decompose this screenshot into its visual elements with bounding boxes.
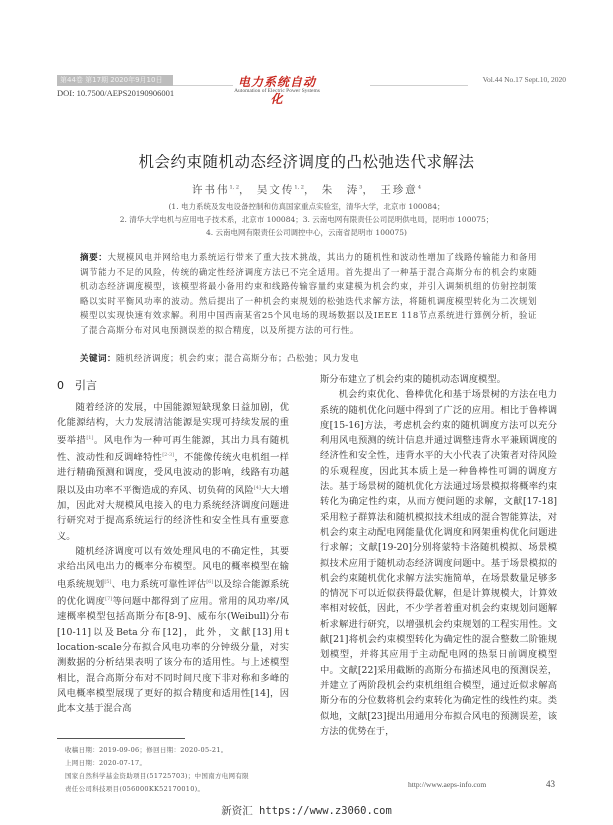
author-name: 朱 涛	[322, 184, 360, 196]
author: 王珍意4	[380, 184, 421, 196]
watermark: 新资汇 https://www.z3060.com	[0, 803, 613, 818]
author-name: 许书伟	[192, 184, 230, 196]
author-name: 吴文传	[257, 184, 295, 196]
left-column: 随着经济的发展，中国能源短缺现象日益加剧，优化能源结构，大力发展清洁能源是实现可…	[57, 400, 289, 716]
journal-url[interactable]: http://www.aeps-info.com	[408, 780, 486, 789]
journal-name-en: Automation of Electric Power Systems	[222, 88, 332, 94]
abstract: 摘要：大规模风电并网给电力系统运行带来了重大技术挑战，其出力的随机性和波动性增加…	[80, 251, 537, 338]
right-column: 斯分布建立了机会约束的随机动态调度模型。 机会约束优化、鲁棒优化和基于场景树的方…	[320, 372, 557, 739]
paragraph-text: 等问题中都得到了应用。常用的风功率/风速概率模型包括高斯分布[8-9]、威布尔(…	[57, 596, 289, 714]
abstract-text: 大规模风电并网给电力系统运行带来了重大技术挑战，其出力的随机性和波动性增加了线路…	[80, 253, 537, 336]
author: 许书伟1, 2	[192, 184, 239, 196]
author-affil-sup: 1, 2	[294, 185, 304, 191]
affiliation-line: 4. 云南电网有限责任公司调控中心，云南省昆明市 100075)	[0, 227, 613, 238]
author: 吴文传1, 2	[257, 184, 304, 196]
citation: [4]	[254, 485, 261, 491]
issue-band: 第44卷 第17期 2020年9月10日	[57, 75, 173, 86]
page-number: 43	[546, 779, 555, 789]
affiliation-line: (1. 电力系统及发电设备控制和仿真国家重点实验室，清华大学，北京市 10008…	[0, 201, 613, 212]
affiliation-line: 2. 清华大学电机与应用电子技术系，北京市 100084；3. 云南电网有限责任…	[0, 214, 613, 225]
author-affil-sup: 3	[359, 185, 362, 191]
volume-info: Vol.44 No.17 Sept.10, 2020	[483, 75, 566, 84]
author-affil-sup: 4	[418, 185, 421, 191]
footnote-funding: 责任公司科技项目(056000KK52170010)。	[65, 784, 204, 793]
section-heading: 0 引言	[57, 377, 97, 393]
footnote-divider	[57, 738, 185, 739]
paragraph-text: 、电力系统可靠性评估	[111, 579, 206, 590]
author: 朱 涛3	[322, 184, 363, 196]
header-divider	[370, 85, 468, 86]
keywords-text: 随机经济调度；机会约束；混合高斯分布；凸松弛；风力发电	[116, 354, 359, 364]
header-divider	[173, 85, 233, 86]
keywords: 关键词：随机经济调度；机会约束；混合高斯分布；凸松弛；风力发电	[80, 352, 537, 364]
paragraph: 斯分布建立了机会约束的随机动态调度模型。	[320, 372, 557, 387]
paragraph: 随机经济调度可以有效处理风电的不确定性，其要求给出风电出力的概率分布模型。风电的…	[57, 544, 289, 716]
paragraph: 随着经济的发展，中国能源短缺现象日益加剧，优化能源结构，大力发展清洁能源是实现可…	[57, 400, 289, 544]
paragraph: 机会约束优化、鲁棒优化和基于场景树的方法在电力系统的随机优化问题中得到了广泛的应…	[320, 387, 557, 739]
author-list: 许书伟1, 2， 吴文传1, 2， 朱 涛3， 王珍意4	[0, 182, 613, 197]
citation: [2-3]	[162, 452, 174, 458]
author-name: 王珍意	[380, 184, 418, 196]
abstract-label: 摘要：	[80, 253, 107, 263]
footnote-received-date: 收稿日期：2019-09-06；修回日期：2020-05-21。	[65, 745, 228, 754]
paper-title: 机会约束随机动态经济调度的凸松弛迭代求解法	[0, 150, 613, 172]
author-affil-sup: 1, 2	[230, 185, 240, 191]
footnote-online-date: 上网日期：2020-07-17。	[65, 758, 146, 767]
doi: DOI: 10.7500/AEPS20190906001	[57, 88, 174, 98]
footnote-funding: 国家自然科学基金资助项目(51725703)；中国南方电网有限	[65, 771, 249, 780]
keywords-label: 关键词：	[80, 354, 116, 364]
